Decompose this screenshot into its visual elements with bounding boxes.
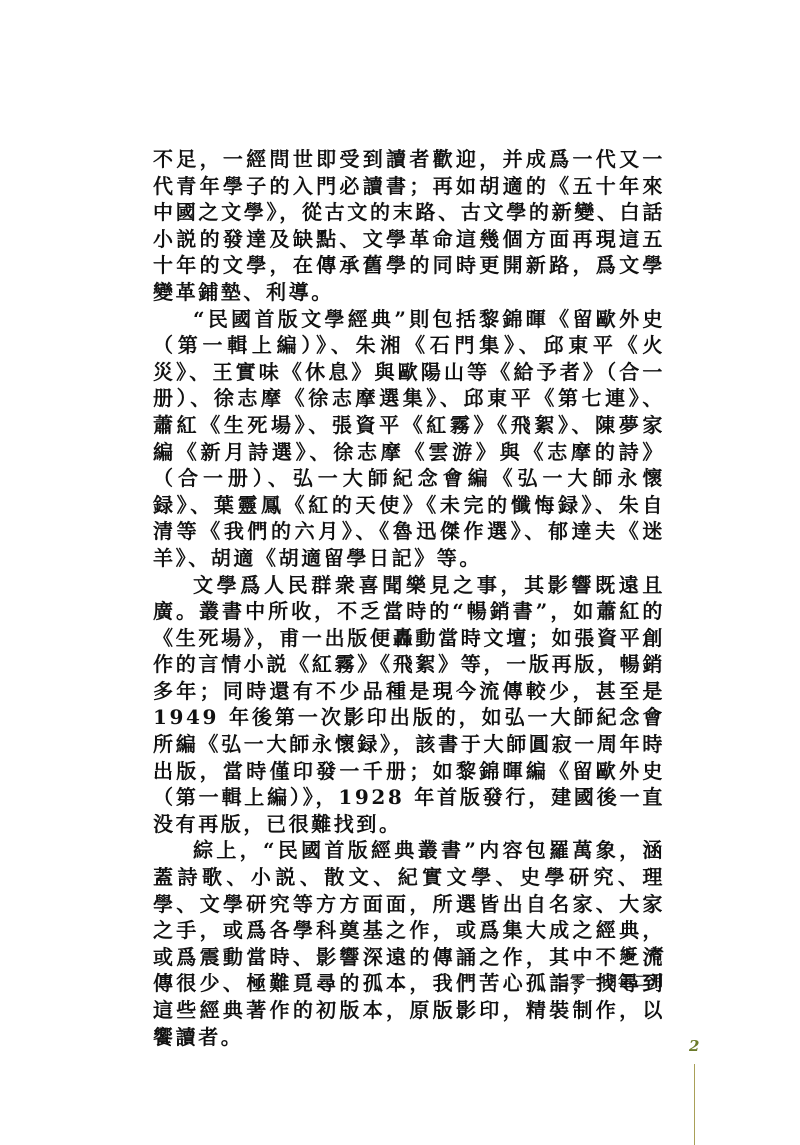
paragraph-classics-list: “民國首版文學經典”則包括黎錦暉《留歐外史（第一輯上編）》、朱湘《石門集》、邱東… [153, 306, 665, 572]
signature-date: 二零一四年二月 [554, 970, 666, 991]
paragraph-continuation: 不足，一經問世即受到讀者歡迎，并成爲一代又一代青年學子的入門必讀書；再如胡適的《… [153, 146, 665, 306]
paragraph-bestsellers: 文學爲人民群衆喜聞樂見之事，其影響既遠且廣。叢書中所收，不乏當時的“暢銷書”，如… [153, 572, 665, 838]
signature-editor: 編者 [620, 943, 678, 964]
page-number: 2 [689, 1037, 699, 1055]
document-body: 不足，一經問世即受到讀者歡迎，并成爲一代又一代青年學子的入門必讀書；再如胡適的《… [153, 146, 665, 1050]
page-margin-rule [694, 1064, 695, 1145]
paragraph-summary: 綜上，“民國首版經典叢書”内容包羅萬象，涵蓋詩歌、小説、散文、紀實文學、史學研究… [153, 837, 665, 1050]
